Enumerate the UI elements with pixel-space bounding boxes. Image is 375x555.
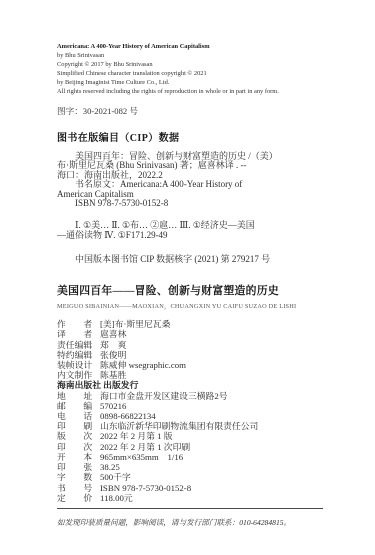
detail-row-sheets: 印 张 38.25 (57, 462, 323, 472)
detail-row-printer: 印 刷 山东临沂新华印刷物流集团有限责任公司 (57, 421, 323, 431)
credit-value: [美]布·斯里尼瓦桑 (100, 319, 170, 329)
translation-copyright-line: Simplified Chinese character translation… (57, 69, 323, 78)
detail-value: 118.00元 (100, 493, 133, 503)
detail-row-wordcount: 字 数 500千字 (57, 472, 323, 482)
registration-number: 图字：30-2021-082 号 (57, 105, 323, 117)
detail-row-price: 定 价 118.00元 (57, 493, 323, 503)
credit-label: 特约编辑 (57, 350, 93, 360)
credit-row-typesetter: 内文制作 陈基胜 (57, 370, 323, 380)
detail-row-isbn: 书 号 ISBN 978-7-5730-0152-8 (57, 483, 323, 493)
detail-label: 书 号 (57, 483, 93, 493)
detail-row-address: 地 址 海口市金盘开发区建设三横路2号 (57, 391, 323, 401)
detail-label: 印 次 (57, 442, 93, 452)
detail-row-impression: 印 次 2022 年 2 月第 1 次印刷 (57, 442, 323, 452)
credit-value: 陈基胜 (100, 370, 126, 380)
classification-block: Ⅰ. ①美… Ⅱ. ①布… ②扈… Ⅲ. ①经济史—美国 —通俗读物 Ⅳ. ①F… (57, 221, 323, 240)
credit-row-designer: 装帧设计 陈威伸 wsegraphic.com (57, 360, 323, 370)
credit-label: 作 者 (57, 319, 93, 329)
credit-row-author: 作 者 [美]布·斯里尼瓦桑 (57, 319, 323, 329)
detail-row-edition: 版 次 2022 年 2 月第 1 版 (57, 431, 323, 441)
detail-row-postcode: 邮 编 570216 (57, 401, 323, 411)
detail-value: 500千字 (100, 472, 131, 482)
credit-label: 装帧设计 (57, 360, 93, 370)
english-copyright-block: Americana: A 400-Year History of America… (57, 42, 323, 96)
original-title-line: Americana: A 400-Year History of America… (57, 42, 323, 51)
detail-value: ISBN 978-7-5730-0152-8 (100, 483, 191, 493)
detail-label: 印 刷 (57, 421, 93, 431)
detail-label: 开 本 (57, 452, 93, 462)
cip-isbn-line: ISBN 978-7-5730-0152-8 (57, 199, 323, 208)
detail-label: 字 数 (57, 472, 93, 482)
cip-header: 图书在版编目（CIP）数据 (57, 129, 323, 144)
detail-label: 邮 编 (57, 401, 93, 411)
credit-value: 陈威伸 wsegraphic.com (100, 360, 186, 370)
copyright-line: Copyright © 2017 by Bhu Srinivasan (57, 60, 323, 69)
divider-rule (57, 508, 323, 509)
credit-row-contract-editor: 特约编辑 张俊明 (57, 350, 323, 360)
detail-label: 印 张 (57, 462, 93, 472)
detail-label: 定 价 (57, 493, 93, 503)
detail-value: 0898-66822134 (100, 411, 156, 421)
title-pinyin: MEIGUO SIBAINIAN——MAOXIAN，CHUANGXIN YU C… (57, 301, 323, 310)
detail-value: 山东临沂新华印刷物流集团有限责任公司 (100, 421, 258, 431)
copyright-page: Americana: A 400-Year History of America… (0, 0, 375, 555)
publisher-copyright-line: by Beijing Imaginist Time Culture Co., L… (57, 78, 323, 87)
detail-row-phone: 电 话 0898-66822134 (57, 411, 323, 421)
credit-row-translator: 译 者 扈喜林 (57, 329, 323, 339)
classification-line-2: —通俗读物 Ⅳ. ①F171.29-49 (57, 231, 323, 240)
quality-notice: 如发现印装质量问题，影响阅读，请与发行部门联系：010-64284815。 (57, 517, 323, 528)
author-line: by Bhu Srinivasan (57, 51, 323, 60)
credit-value: 扈喜林 (100, 329, 126, 339)
detail-label: 地 址 (57, 391, 93, 401)
credit-label: 译 者 (57, 329, 93, 339)
rights-reserved-line: All rights reserved including the rights… (57, 87, 323, 96)
detail-value: 965mm×635mm 1/16 (100, 452, 183, 462)
page-content: Americana: A 400-Year History of America… (57, 42, 323, 528)
credit-row-editor: 责任编辑 郑 爽 (57, 340, 323, 350)
cip-data-block: 美国四百年：冒险、创新与财富塑造的历史 /（美） 布·斯里尼瓦桑 (Bhu Sr… (57, 152, 323, 208)
detail-label: 电 话 (57, 411, 93, 421)
publisher-imprint-line: 海南出版社 出版发行 (57, 380, 323, 390)
cip-record-number: 中国版本图书馆 CIP 数据核字 (2021) 第 279217 号 (57, 252, 323, 265)
detail-value: 海口市金盘开发区建设三横路2号 (100, 391, 228, 401)
detail-value: 2022 年 2 月第 1 次印刷 (100, 442, 190, 452)
detail-row-format: 开 本 965mm×635mm 1/16 (57, 452, 323, 462)
credit-value: 郑 爽 (100, 340, 126, 350)
detail-label: 版 次 (57, 431, 93, 441)
chinese-title: 美国四百年——冒险、创新与财富塑造的历史 (57, 283, 323, 298)
credit-label: 内文制作 (57, 370, 93, 380)
detail-value: 38.25 (100, 462, 120, 472)
detail-value: 2022 年 2 月第 1 版 (100, 431, 173, 441)
credit-label: 责任编辑 (57, 340, 93, 350)
credits-block: 作 者 [美]布·斯里尼瓦桑 译 者 扈喜林 责任编辑 郑 爽 特约编辑 张俊明… (57, 319, 323, 503)
credit-value: 张俊明 (100, 350, 126, 360)
detail-value: 570216 (100, 401, 126, 411)
